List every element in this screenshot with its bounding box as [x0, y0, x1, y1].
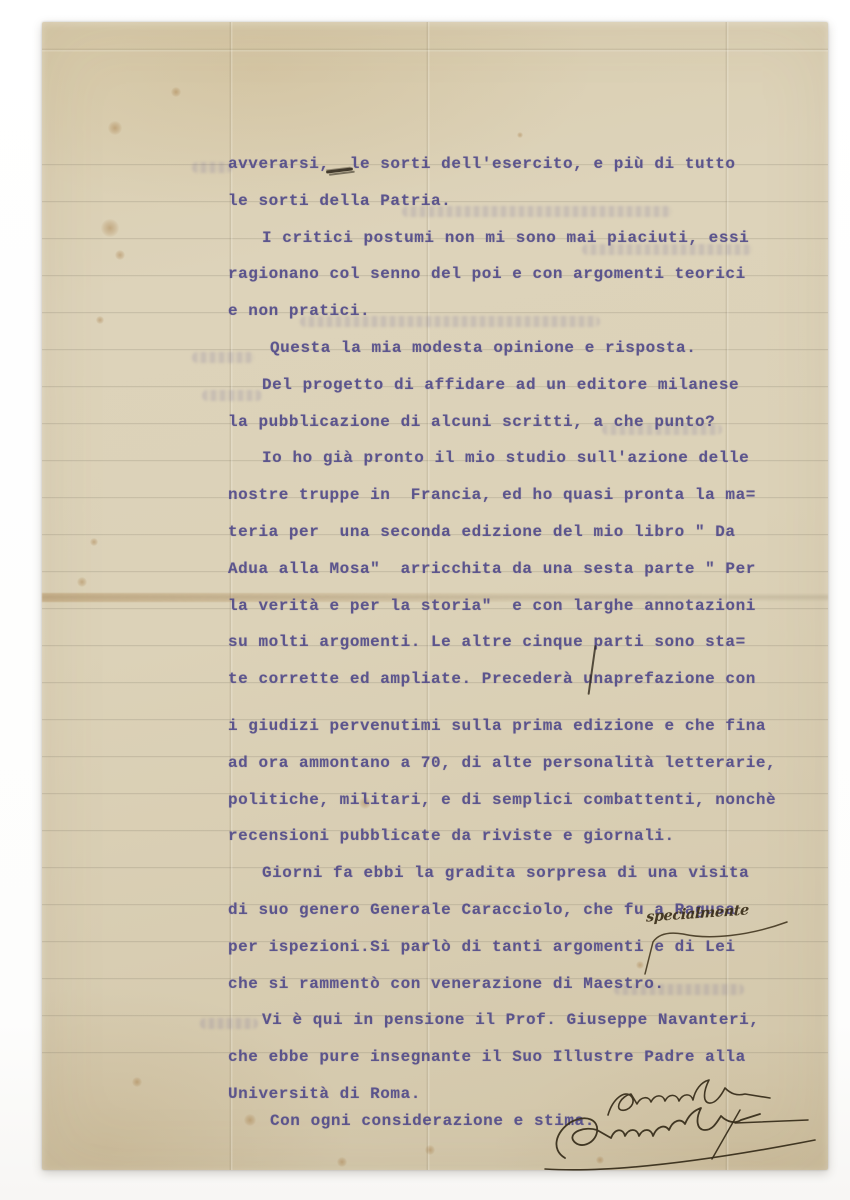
foxing-spot [425, 1145, 435, 1155]
foxing-spot [636, 961, 644, 969]
letter-line: Università di Roma. [228, 1076, 808, 1113]
letter-line: recensioni pubblicate da riviste e giorn… [228, 818, 808, 855]
letter-line: avverarsi, le sorti dell'esercito, e più… [228, 146, 808, 183]
letter-line: Con ogni considerazione e stima. [228, 1103, 808, 1140]
letter-line: e non pratici. [228, 293, 808, 330]
letter-line: I critici postumi non mi sono mai piaciu… [228, 220, 808, 257]
foxing-spot [420, 944, 428, 952]
foxing-spot [517, 132, 523, 138]
letter-line: Giorni fa ebbi la gradita sorpresa di un… [228, 855, 808, 892]
foxing-spot [77, 577, 87, 587]
foxing-spot [337, 1157, 347, 1167]
letter-line: ad ora ammontano a 70, di alte personali… [228, 745, 808, 782]
letter-line: politiche, militari, e di semplici comba… [228, 782, 808, 819]
fold-crease-vertical-right [725, 22, 729, 1170]
fold-crease-vertical-center [426, 22, 430, 1170]
showthrough-smudge [200, 1018, 258, 1029]
showthrough-smudge [614, 984, 744, 995]
letter-line: te corrette ed ampliate. Precederà unapr… [228, 661, 808, 698]
letter-line: Vi è qui in pensione il Prof. Giuseppe N… [228, 1002, 808, 1039]
letter-line: nostre truppe in Francia, ed ho quasi pr… [228, 477, 808, 514]
handwritten-insertion-word: specialmente [646, 901, 749, 925]
letter-line: Adua alla Mosa" arricchita da una sesta … [228, 551, 808, 588]
foxing-spot [596, 1156, 604, 1164]
letter-line: su molti argomenti. Le altre cinque part… [228, 624, 808, 661]
letter-line: le sorti della Patria. [228, 183, 808, 220]
foxing-spot [244, 1114, 256, 1126]
showthrough-smudge [402, 206, 672, 217]
letter-line: la verità e per la storia" e con larghe … [228, 588, 808, 625]
fold-crease-horizontal-top [42, 48, 828, 52]
letter-line: la pubblicazione di alcuni scritti, a ch… [228, 404, 808, 441]
foxing-spot [101, 219, 119, 237]
letter-line: i giudizi pervenutimi sulla prima edizio… [228, 708, 808, 745]
typed-letter-body: avverarsi, le sorti dell'esercito, e più… [228, 146, 808, 1140]
foxing-spot [115, 250, 125, 260]
showthrough-smudge [192, 352, 254, 363]
foxing-spot [96, 316, 104, 324]
signature-flourish [537, 1070, 827, 1188]
letter-line: ragionano col senno del poi e con argome… [228, 256, 808, 293]
letter-line: Io ho già pronto il mio studio sull'azio… [228, 440, 808, 477]
letter-line: per ispezioni.Si parlò di tanti argoment… [228, 929, 808, 966]
ruled-lines [42, 164, 828, 1056]
fold-crease-vertical-left [229, 22, 233, 1170]
letter-line: Del progetto di affidare ad un editore m… [228, 367, 808, 404]
pen-strikeout-mark [326, 167, 353, 173]
showthrough-smudge [602, 424, 722, 435]
fold-crease-horizontal-middle [42, 593, 828, 602]
showthrough-smudge [192, 162, 232, 173]
letter-line: teria per una seconda edizione del mio l… [228, 514, 808, 551]
pen-word-separator-mark [588, 645, 597, 695]
showthrough-smudge [202, 390, 262, 401]
showthrough-smudge [582, 244, 752, 255]
foxing-spot [108, 121, 122, 135]
letter-line: che ebbe pure insegnante il Suo Illustre… [228, 1039, 808, 1076]
scan-background: avverarsi, le sorti dell'esercito, e più… [0, 0, 850, 1200]
foxing-spot [90, 538, 98, 546]
foxing-spot [171, 87, 181, 97]
letter-line: che si rammentò con venerazione di Maest… [228, 966, 808, 1003]
letter-line: Questa la mia modesta opinione e rispost… [228, 330, 808, 367]
letter-sheet: avverarsi, le sorti dell'esercito, e più… [42, 22, 828, 1170]
foxing-spot [132, 1077, 142, 1087]
showthrough-smudge [300, 316, 600, 327]
foxing-spot [359, 797, 371, 809]
